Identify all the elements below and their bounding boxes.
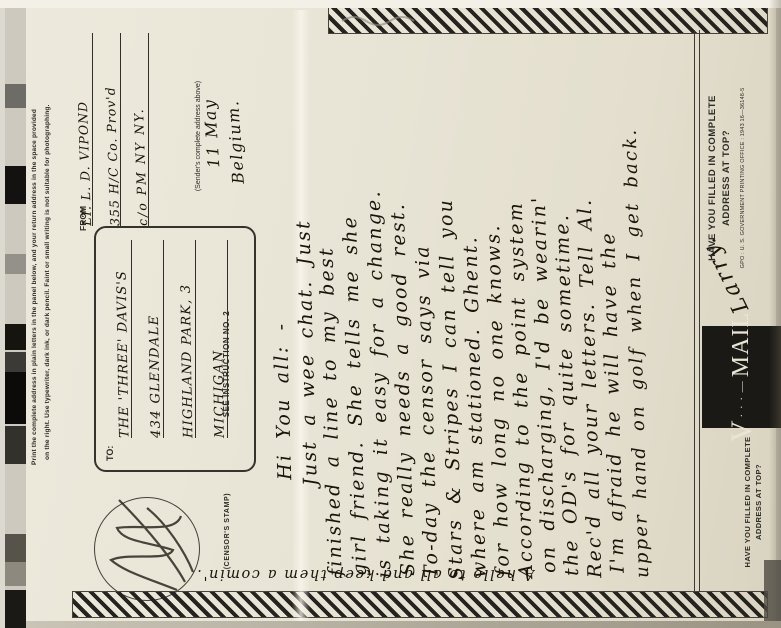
gpo-imprint: GPO : U. S. GOVERNMENT PRINTING OFFICE :… — [740, 58, 746, 298]
scan-bottom-edge — [26, 621, 781, 628]
date-line-place: Belgium. — [223, 99, 248, 184]
hatch-border-left — [72, 591, 768, 618]
address-reminder-line2: ADDRESS AT TOP? — [720, 58, 734, 298]
film-strip-edge — [0, 0, 5, 628]
address-reminder-right: HAVE YOU FILLED IN COMPLETE ADDRESS AT T… — [706, 58, 734, 298]
edge-smudge-mark — [338, 12, 430, 30]
to-address-box: TO: THE 'THREE' DAVIS'S 434 GLENDALE HIG… — [94, 226, 256, 472]
sender-address-line: c/o PM NY NY. — [121, 33, 149, 226]
scan-right-shadow — [769, 0, 781, 628]
scan-top-edge — [0, 0, 781, 8]
footer-rule — [694, 30, 700, 592]
header-instructions-line2: on the right. Use typewriter, dark ink, … — [44, 30, 51, 460]
to-address-line: THE 'THREE' DAVIS'S — [98, 240, 132, 438]
from-address-lines: LT. L. D. VIPOND 355 H/C Co. Prov'd c/o … — [64, 33, 149, 226]
to-label: TO: — [105, 446, 115, 461]
to-address-text: HIGHLAND PARK, 3 — [179, 284, 197, 439]
censor-stamp-circle — [94, 497, 200, 601]
logo-word-mail: MAIL — [728, 312, 755, 377]
letter-greeting: Hi You all: - — [270, 321, 296, 480]
sender-address-text: LT. L. D. VIPOND — [75, 101, 94, 227]
to-address-text: 434 GLENDALE — [147, 314, 164, 438]
scan-corner-shadow — [764, 560, 781, 628]
sender-address-caption: (Sender's complete address above) — [195, 50, 202, 222]
logo-letter-v: V — [725, 420, 759, 442]
address-reminder-line1: HAVE YOU FILLED IN COMPLETE — [706, 58, 720, 298]
sender-address-text: 355 H/C Co. Prov'd — [103, 86, 123, 226]
margin-note: A hello to all and keep them a comin'. — [234, 566, 534, 582]
sender-address-text: c/o PM NY NY. — [131, 107, 150, 226]
scanned-vmail-letter: Print the complete address in plain lett… — [0, 0, 781, 628]
date-line-day: 11 May — [200, 98, 224, 169]
logo-morse-code: · · · — — [736, 380, 748, 417]
header-instructions-line1: Print the complete address in plain lett… — [31, 35, 38, 465]
see-instruction-note: SEE INSTRUCTION NO. 2 — [222, 296, 231, 432]
address-reminder-left: HAVE YOU FILLED IN COMPLETE ADDRESS AT T… — [742, 422, 764, 582]
address-reminder-line1: HAVE YOU FILLED IN COMPLETE — [742, 422, 753, 582]
to-address-line: 434 GLENDALE — [132, 240, 164, 438]
to-address-line: HIGHLAND PARK, 3 — [164, 240, 196, 438]
to-address-text: THE 'THREE' DAVIS'S — [115, 270, 133, 438]
vmail-form: Print the complete address in plain lett… — [0, 0, 781, 628]
sender-address-line: LT. L. D. VIPOND — [64, 33, 93, 226]
address-reminder-line2: ADDRESS AT TOP? — [753, 422, 764, 582]
sender-address-line: 355 H/C Co. Prov'd — [93, 33, 121, 226]
